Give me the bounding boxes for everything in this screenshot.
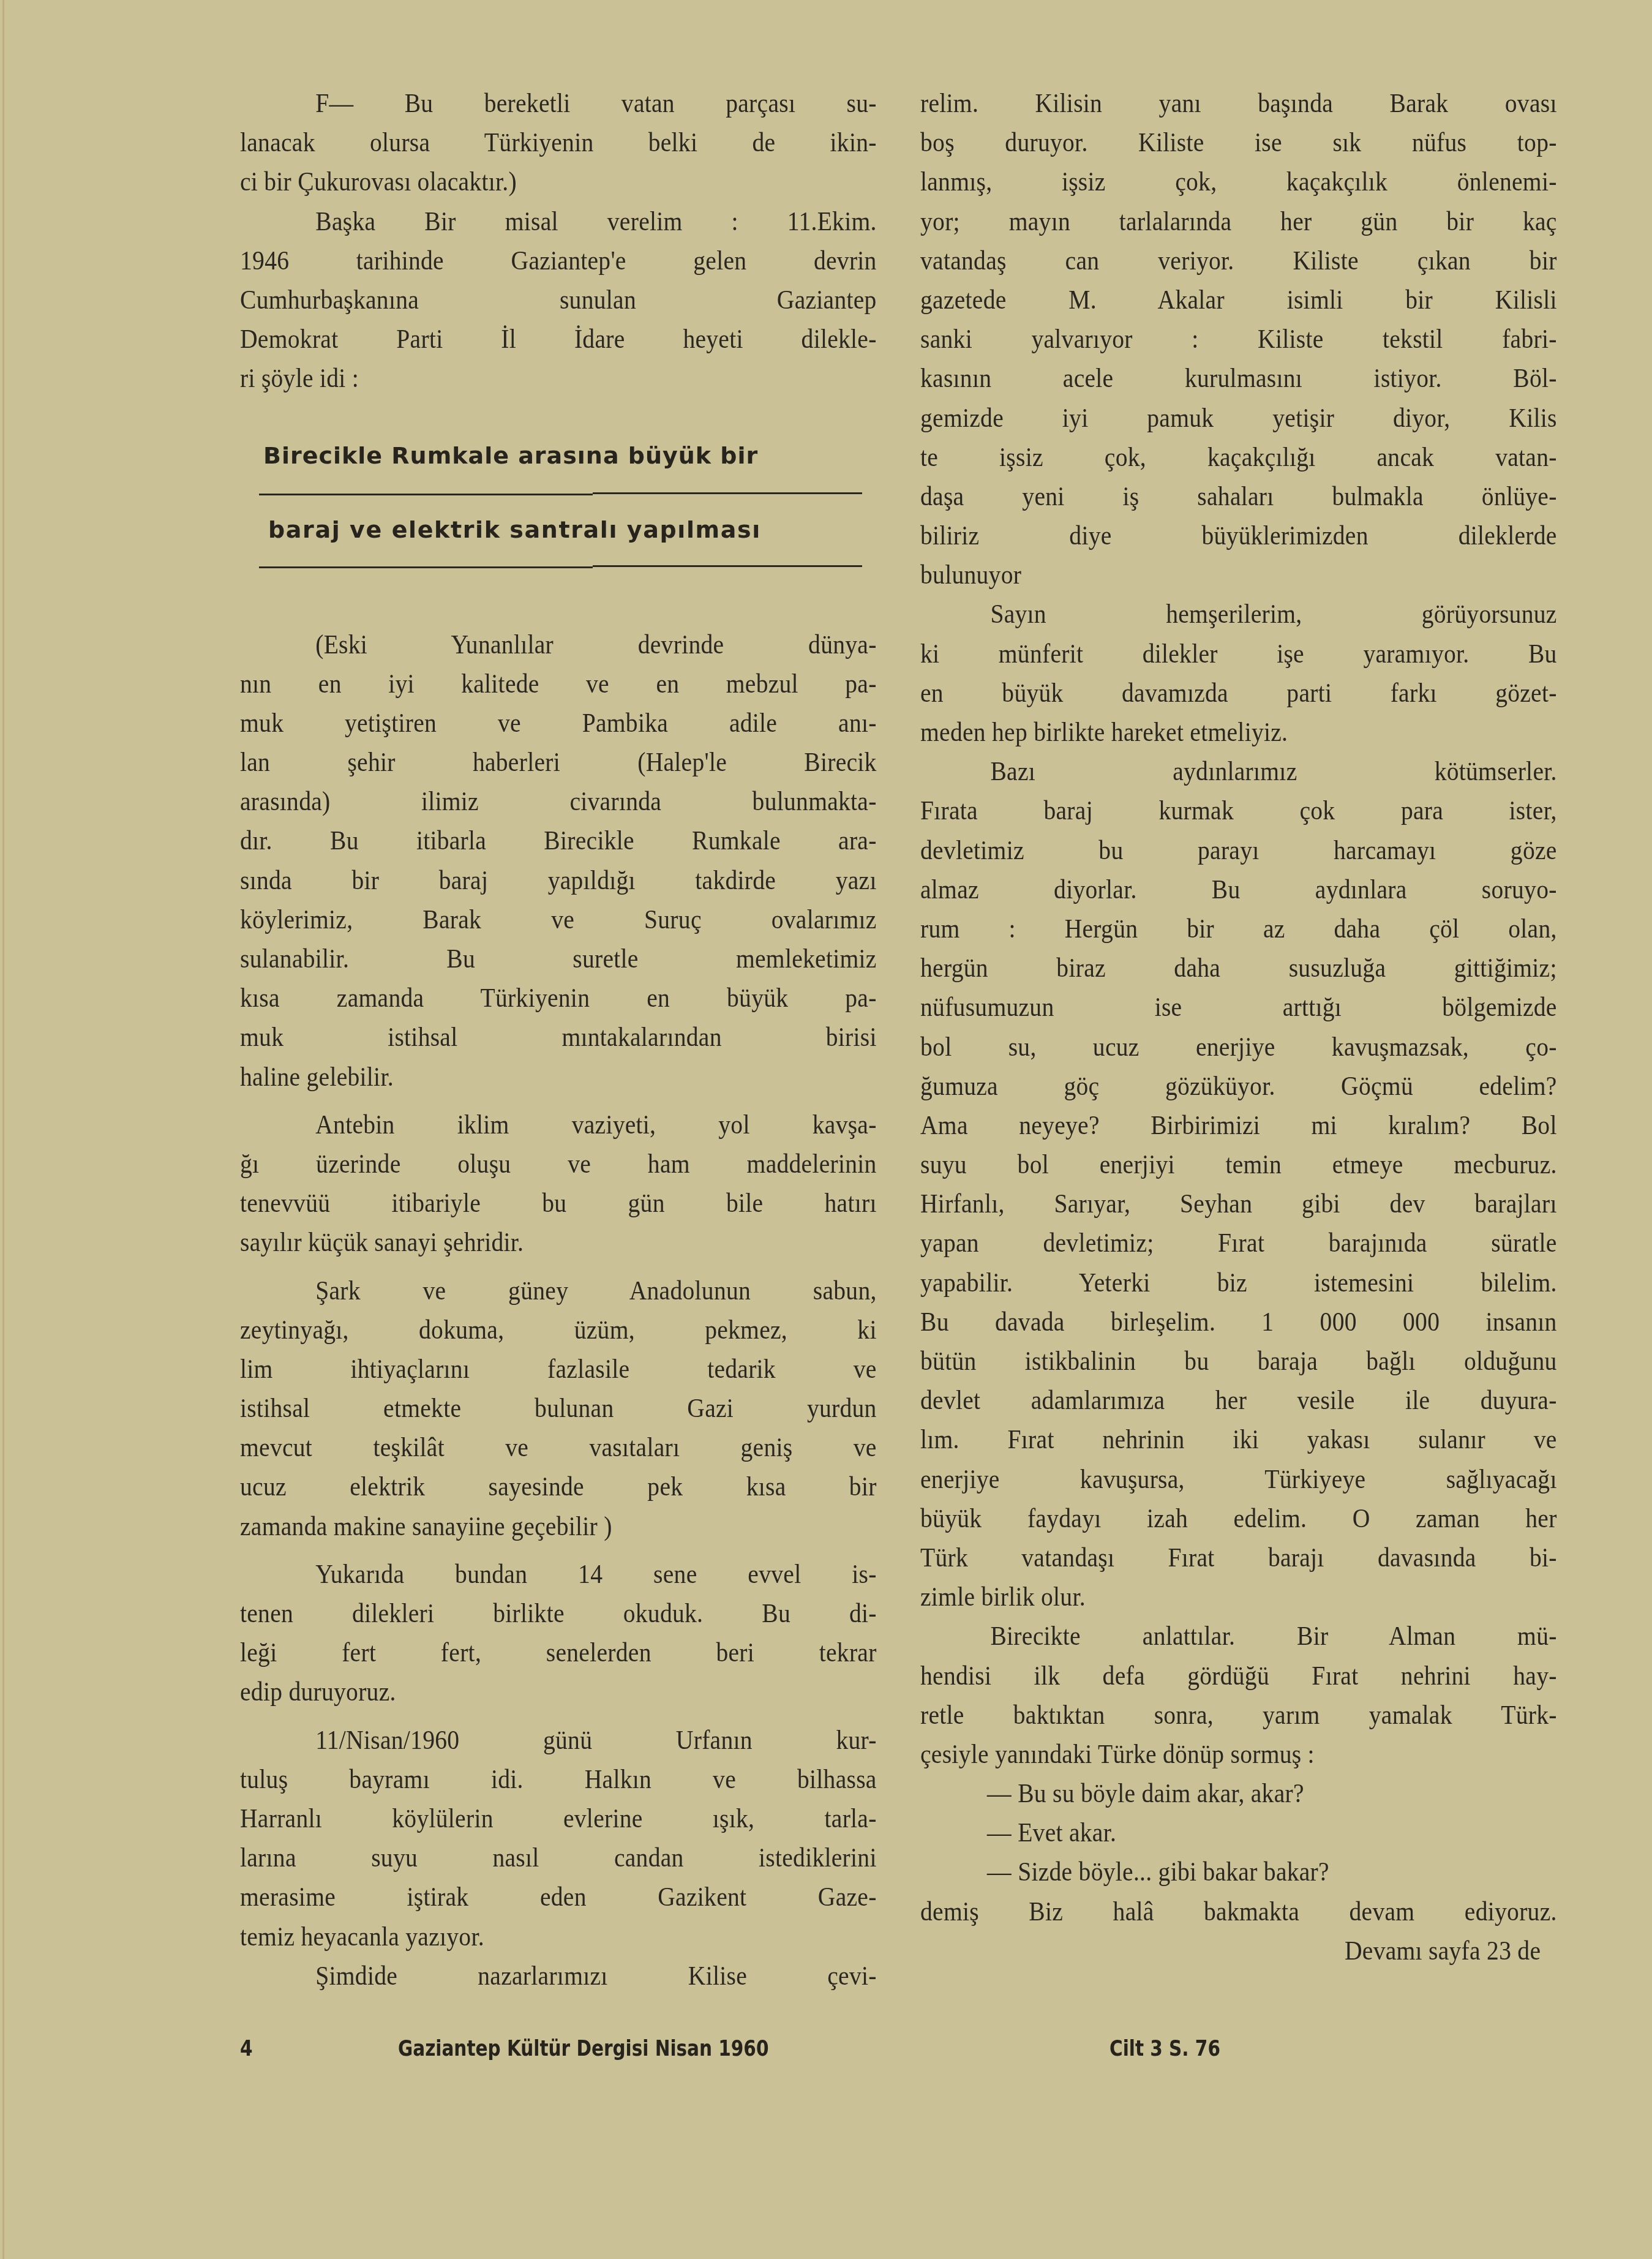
text-line: muk istihsal mıntakalarından birisi: [240, 1017, 877, 1056]
text-line: demiş Biz halâ bakmakta devam ediyoruz.: [920, 1892, 1557, 1931]
paragraph: Bazı aydınlarımız kötümserler. Fırata ba…: [920, 751, 1557, 1616]
text-line: lanacak olursa Türkiyenin belki de ikin-: [240, 122, 877, 162]
paragraph: Sayın hemşerilerim, görüyorsunuz ki münf…: [920, 594, 1557, 751]
text-line: kasının acele kurulmasını istiyor. Böl-: [920, 358, 1557, 397]
text-line: tenen dilekleri birlikte okuduk. Bu di-: [240, 1593, 877, 1633]
text-line: istihsal etmekte bulunan Gazi yurdun: [240, 1388, 877, 1427]
paragraph: relim. Kilisin yanı başında Barak ovası …: [920, 83, 1557, 594]
text-line: boş duruyor. Kiliste ise sık nüfus top-: [920, 122, 1557, 162]
text-line: ki münferit dilekler işe yaramıyor. Bu: [920, 634, 1557, 673]
text-line: temiz heyacanla yazıyor.: [240, 1917, 877, 1956]
text-line: suyu bol enerjiyi temin etmeye mecburuz.: [920, 1145, 1557, 1184]
dialogue-line: — Bu su böyle daim akar, akar?: [920, 1773, 1557, 1813]
text-line: enerjiye kavuşursa, Türkiyeye sağlıyacağ…: [920, 1459, 1557, 1498]
text-line: daşa yeni iş sahaları bulmakla önlüye-: [920, 476, 1557, 516]
text-line: merasime iştirak eden Gazikent Gaze-: [240, 1877, 877, 1916]
text-line: hergün biraz daha susuzluğa gittiğimiz;: [920, 948, 1557, 987]
text-line: tuluş bayramı idi. Halkın ve bilhassa: [240, 1759, 877, 1799]
text-line: köylerimiz, Barak ve Suruç ovalarımız: [240, 900, 877, 939]
continued-on-page-note: Devamı sayfa 23 de: [920, 1931, 1557, 1970]
text-line: Şark ve güney Anadolunun sabun,: [240, 1271, 877, 1310]
text-line: rum : Hergün bir az daha çöl olan,: [920, 909, 1557, 948]
text-line: zeytinyağı, dokuma, üzüm, pekmez, ki: [240, 1310, 877, 1349]
text-line: (Eski Yunanlılar devrinde dünya-: [240, 625, 877, 664]
text-line: zimle birlik olur.: [920, 1577, 1557, 1616]
text-line: Birecikte anlattılar. Bir Alman mü-: [920, 1616, 1557, 1655]
headline-rule: [593, 492, 862, 494]
paper-edge: [2, 0, 4, 2259]
text-line: nın en iyi kalitede ve en mebzul pa-: [240, 664, 877, 703]
issue-info: Cilt 3 S. 76: [1109, 2036, 1220, 2061]
text-line: en büyük davamızda parti farkı gözet-: [920, 673, 1557, 712]
text-line: bütün istikbalinin bu baraja bağlı olduğ…: [920, 1341, 1557, 1380]
paragraph: Başka Bir misal verelim : 11.Ekim. 1946 …: [240, 201, 877, 398]
text-line: meden hep birlikte hareket etmeliyiz.: [920, 712, 1557, 751]
text-line: gazetede M. Akalar isimli bir Kilisli: [920, 280, 1557, 319]
text-line: Hirfanlı, Sarıyar, Seyhan gibi dev baraj…: [920, 1184, 1557, 1223]
text-line: arasında) ilimiz civarında bulunmakta-: [240, 781, 877, 821]
text-line: F— Bu bereketli vatan parçası su-: [240, 83, 877, 122]
page-number: 4: [240, 2036, 253, 2061]
text-line: ci bir Çukurovası olacaktır.): [240, 162, 877, 201]
paragraph: Şark ve güney Anadolunun sabun, zeytinya…: [240, 1271, 877, 1546]
dialogue-line: — Sizde böyle... gibi bakar bakar?: [920, 1852, 1557, 1891]
text-line: edip duruyoruz.: [240, 1672, 877, 1711]
headline-rule: [593, 565, 862, 567]
text-line: çesiyle yanındaki Türke dönüp sormuş :: [920, 1734, 1557, 1773]
text-line: zamanda makine sanayiine geçebilir ): [240, 1506, 877, 1546]
text-line: lım. Fırat nehrinin iki yakası sulanır v…: [920, 1419, 1557, 1459]
section-headline-line1: Birecikle Rumkale arasına büyük bir: [263, 442, 851, 469]
text-line: Yukarıda bundan 14 sene evvel is-: [240, 1554, 877, 1593]
text-line: almaz diyorlar. Bu aydınlara soruyo-: [920, 870, 1557, 909]
text-line: bulunuyor: [920, 555, 1557, 594]
paragraph: Antebin iklim vaziyeti, yol kavşa- ğı üz…: [240, 1105, 877, 1262]
text-line: Türk vatandaşı Fırat barajı davasında bi…: [920, 1538, 1557, 1577]
text-line: Cumhurbaşkanına sunulan Gaziantep: [240, 280, 877, 319]
text-line: Harranlı köylülerin evlerine ışık, tarla…: [240, 1799, 877, 1838]
text-line: sulanabilir. Bu suretle memleketimiz: [240, 939, 877, 978]
text-line: devletimiz bu parayı harcamayı göze: [920, 830, 1557, 870]
text-line: devlet adamlarımıza her vesile ile duyur…: [920, 1380, 1557, 1419]
text-line: Fırata baraj kurmak çok para ister,: [920, 791, 1557, 830]
text-line: Demokrat Parti İl İdare heyeti dilekle-: [240, 319, 877, 358]
text-line: bol su, ucuz enerjiye kavuşmazsak, ço-: [920, 1027, 1557, 1066]
text-line: yor; mayın tarlalarında her gün bir kaç: [920, 201, 1557, 241]
text-line: ucuz elektrik sayesinde pek kısa bir: [240, 1467, 877, 1506]
paragraph-gap: [240, 1546, 877, 1554]
text-line: Bazı aydınlarımız kötümserler.: [920, 751, 1557, 791]
text-line: ri şöyle idi :: [240, 358, 877, 397]
text-line: sanki yalvarıyor : Kiliste tekstil fabri…: [920, 319, 1557, 358]
paragraph: Yukarıda bundan 14 sene evvel is- tenen …: [240, 1554, 877, 1712]
publication-title: Gaziantep Kültür Dergisi Nisan 1960: [398, 2036, 768, 2061]
text-line: Ama neyeye? Birbirimizi mi kıralım? Bol: [920, 1105, 1557, 1145]
text-line: yapabilir. Yeterki biz istemesini bileli…: [920, 1263, 1557, 1302]
text-line: Başka Bir misal verelim : 11.Ekim.: [240, 201, 877, 241]
text-line: tenevvüü itibariyle bu gün bile hatırı: [240, 1183, 877, 1222]
text-line: mevcut teşkilât ve vasıtaları geniş ve: [240, 1427, 877, 1467]
paragraph: F— Bu bereketli vatan parçası su- lanaca…: [240, 83, 877, 201]
right-column: relim. Kilisin yanı başında Barak ovası …: [920, 83, 1557, 1970]
text-line: büyük faydayı izah edelim. O zaman her: [920, 1498, 1557, 1538]
text-line: 11/Nisan/1960 günü Urfanın kur-: [240, 1720, 877, 1759]
text-line: te işsiz çok, kaçakçılığı ancak vatan-: [920, 437, 1557, 476]
text-line: Bu davada birleşelim. 1 000 000 insanın: [920, 1302, 1557, 1341]
text-line: dır. Bu itibarla Birecikle Rumkale ara-: [240, 821, 877, 860]
text-line: retle baktıktan sonra, yarım yamalak Tür…: [920, 1695, 1557, 1734]
text-line: vatandaş can veriyor. Kiliste çıkan bir: [920, 241, 1557, 280]
text-line: hendisi ilk defa gördüğü Fırat nehrini h…: [920, 1656, 1557, 1695]
text-line: muk yetiştiren ve Pambika adile anı-: [240, 703, 877, 742]
text-line: kısa zamanda Türkiyenin en büyük pa-: [240, 978, 877, 1017]
paragraph: (Eski Yunanlılar devrinde dünya- nın en …: [240, 625, 877, 1096]
paragraph-gap: [240, 1096, 877, 1105]
text-line: haline gelebilir.: [240, 1057, 877, 1096]
text-line: leği fert fert, senelerden beri tekrar: [240, 1633, 877, 1672]
paragraph-gap: [240, 1712, 877, 1720]
headline-spacer: [240, 398, 877, 625]
text-line: 1946 tarihinde Gaziantep'e gelen devrin: [240, 241, 877, 280]
text-line: larına suyu nasıl candan istediklerini: [240, 1838, 877, 1877]
headline-rule: [259, 494, 593, 495]
text-line: lan şehir haberleri (Halep'le Birecik: [240, 742, 877, 781]
text-line: gemizde iyi pamuk yetişir diyor, Kilis: [920, 398, 1557, 437]
text-line: Şimdide nazarlarımızı Kilise çevi-: [240, 1956, 877, 1995]
text-line: lanmış, işsiz çok, kaçakçılık önlenemi-: [920, 162, 1557, 201]
paragraph: 11/Nisan/1960 günü Urfanın kur- tuluş ba…: [240, 1720, 877, 1956]
text-line: Sayın hemşerilerim, görüyorsunuz: [920, 594, 1557, 633]
paragraph: Şimdide nazarlarımızı Kilise çevi-: [240, 1956, 877, 1995]
dialogue-line: — Evet akar.: [920, 1813, 1557, 1852]
text-line: sayılır küçük sanayi şehridir.: [240, 1222, 877, 1261]
text-line: biliriz diye büyüklerimizden dileklerde: [920, 516, 1557, 555]
headline-rule: [259, 566, 593, 568]
paragraph: Birecikte anlattılar. Bir Alman mü- hend…: [920, 1616, 1557, 1970]
text-line: nüfusumuzun ise arttığı bölgemizde: [920, 987, 1557, 1026]
text-line: ğı üzerinde oluşu ve ham maddelerinin: [240, 1144, 877, 1183]
text-line: sında bir baraj yapıldığı takdirde yazı: [240, 860, 877, 900]
text-line: ğumuza göç gözüküyor. Göçmü edelim?: [920, 1066, 1557, 1105]
section-headline-line2: baraj ve elektrik santralı yapılması: [268, 516, 856, 543]
paragraph-gap: [240, 1262, 877, 1271]
text-line: yapan devletimiz; Fırat barajınıda sürat…: [920, 1223, 1557, 1262]
text-line: Antebin iklim vaziyeti, yol kavşa-: [240, 1105, 877, 1144]
text-line: lim ihtiyaçlarını fazlasile tedarik ve: [240, 1349, 877, 1388]
left-column: F— Bu bereketli vatan parçası su- lanaca…: [240, 83, 877, 1995]
text-line: relim. Kilisin yanı başında Barak ovası: [920, 83, 1557, 122]
